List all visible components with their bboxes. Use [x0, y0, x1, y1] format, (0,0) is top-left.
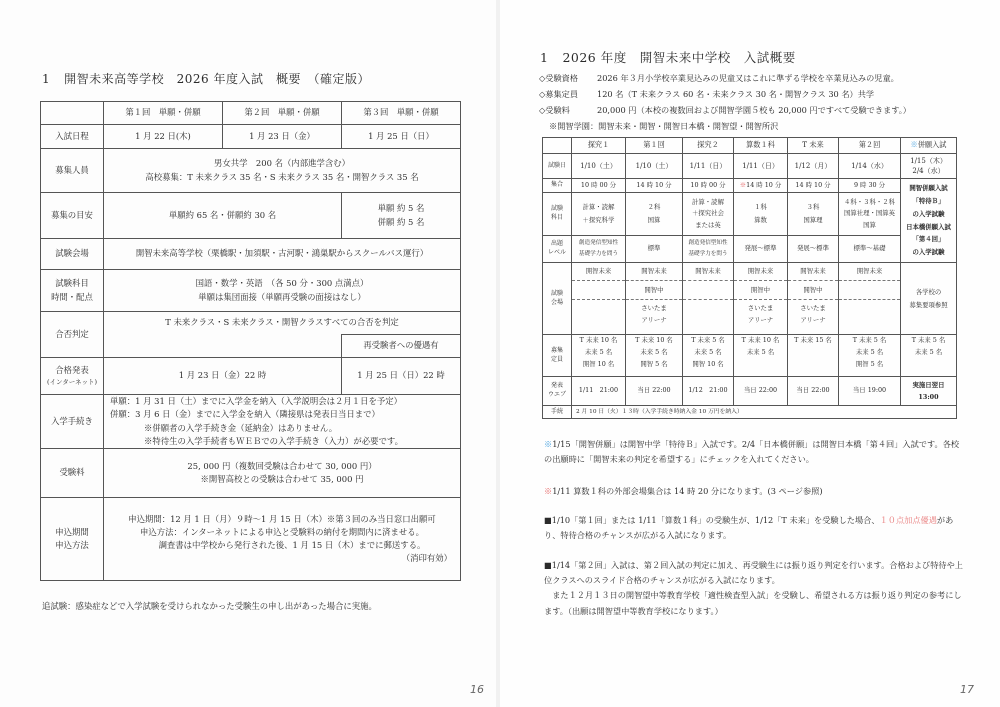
announce-cell: 当日 22:00 — [788, 377, 839, 406]
requirement-value: 2026 年３月小学校卒業見込みの児童又はこれに準ずる学校を卒業見込みの児童。 — [597, 73, 899, 83]
announce-round-3: 1 月 25 日（日）22 時 — [342, 358, 461, 395]
page-number-right: 17 — [960, 683, 974, 696]
table-row-capacity: 募集 定員 T 未来 10 名未来 5 名開智 10 名 T 未来 10 名未来… — [543, 335, 957, 377]
venue-junior: 開智中 — [734, 280, 787, 299]
capacity-value: 男女共学 200 名（内部進学含む） 高校募集：T 未来クラス 35 名・S 未… — [104, 149, 461, 193]
subjects-line: または英 — [684, 220, 732, 232]
capacity-line: 未来 5 名 — [902, 347, 955, 359]
venue-main: 開智未来 — [788, 263, 838, 280]
header-combined: ※併願入試 — [901, 138, 957, 154]
arena-line: アリーナ — [734, 314, 787, 326]
subjects-cell: ２科国算 — [626, 193, 683, 236]
procedure-line: 単願：1 月 31 日（土）までに入学金を納入（入学説明会は２月１日を予定） — [110, 395, 458, 408]
schedule-round-3: 1 月 25 日（日） — [342, 125, 461, 149]
makeup-exam-note: 追試験：感染症などで入学試験を受けられなかった受験生の申し出があった場合に実施。 — [42, 600, 377, 612]
header-round-2: 第２回 — [839, 138, 901, 154]
date-cell: 1/11（日） — [683, 154, 734, 179]
date-cell: 1/14（水） — [839, 154, 901, 179]
header-empty — [543, 138, 572, 154]
fee-value: 25, 000 円（複数回受験は合わせて 30, 000 円） ※開智高校との受… — [104, 449, 461, 498]
row-label: 受験料 — [41, 449, 104, 498]
header-combined-label: 併願入試 — [918, 140, 947, 149]
announce-cell: 当日 22:00 — [626, 377, 683, 406]
venue-junior: 開智中 — [788, 280, 838, 299]
venue-arena: さいたまアリーナ — [626, 299, 682, 333]
table-row-target: 募集の目安 単願約 65 名・併願約 30 名 単願 約 5 名 併願 約 5 … — [41, 193, 461, 239]
capacity-cell: T 未来 5 名未来 5 名 — [901, 335, 957, 377]
subjects-cell: ４科・３科・２科国算社理・国算英国算 — [839, 193, 901, 236]
subjects-line: ＋探究社会 — [684, 208, 732, 220]
date-cell: 1/10（土） — [572, 154, 626, 179]
note-text: また１２月１３日の開智望中等教育学校「適性検査型入試」を受験し、希望される方は振… — [544, 588, 964, 618]
row-label: 手続 — [543, 406, 572, 419]
venue-cell: 開智未来 — [683, 263, 734, 335]
table-row-schedule: 入試日程 1 月 22 日(木) 1 月 23 日（金） 1 月 25 日（日） — [41, 125, 461, 149]
label-line: 合格発表 — [43, 364, 101, 377]
requirement-key: ◇募集定員 — [539, 89, 597, 100]
venue-line: 各学校の — [902, 286, 955, 299]
label-line: 試験 — [544, 205, 570, 214]
table-row-venue: 試験会場 開智未来高等学校（栗橋駅・加須駅・古河駅・鴻巣駅からスクールバス運行） — [41, 239, 461, 270]
row-label: 試験会場 — [41, 239, 104, 270]
capacity-line: 男女共学 200 名（内部進学含む） — [106, 157, 458, 170]
requirement-fee: ◇受験料20,000 円（本校の複数回および開智学園５校も 20,000 円です… — [539, 105, 911, 116]
capacity-cell: T 未来 5 名未来 5 名開智 10 名 — [683, 335, 734, 377]
label-line: 募集 — [544, 347, 570, 356]
label-line: 申込期間 — [43, 526, 101, 539]
row-label: 試験科目 時間・配点 — [41, 270, 104, 312]
note-text: 1/15「開智併願」は開智中学「特待Ｂ」入試です。2/4「日本橋併願」は開智日本… — [544, 439, 959, 464]
table-row-subjects: 試験科目 時間・配点 国語・数学・英語 （各 50 分・300 点満点） 単願は… — [41, 270, 461, 312]
note-combined-exam: ※1/15「開智併願」は開智中学「特待Ｂ」入試です。2/4「日本橋併願」は開智日… — [544, 437, 964, 467]
judgment-round-3-note: 再受験者への優遇有 — [342, 335, 461, 358]
combined-line: 「特待Ｂ」 — [902, 195, 955, 208]
requirement-capacity: ◇募集定員120 名（T 未来クラス 60 名・未来クラス 30 名・開智クラス… — [539, 89, 874, 100]
requirement-key: ◇受験資格 — [539, 73, 597, 84]
level-cell: 創造発信型知性基礎学力を問う — [683, 236, 734, 263]
kaichi-schools-note: ※開智学園：開智未来・開智・開智日本橋・開智望・開智所沢 — [549, 121, 778, 132]
capacity-cell: T 未来 10 名未来 5 名開智 5 名 — [626, 335, 683, 377]
table-row-judgment-a: 合否判定 T 未来クラス・S 未来クラス・開智クラスすべての合否を判定 — [41, 312, 461, 335]
announce-cell: 1/12 21:00 — [683, 377, 734, 406]
label-line: 科目 — [544, 214, 570, 223]
subjects-line: ３科 — [789, 201, 837, 214]
fee-line: ※開智高校との受験は合わせて 35, 000 円 — [106, 473, 458, 486]
capacity-line: 未来 5 名 — [627, 347, 681, 359]
label-line: (インターネット) — [43, 377, 101, 387]
title-number: 1 — [42, 72, 50, 86]
target-line: 単願 約 5 名 — [344, 202, 458, 215]
level-cell: 創造発信型知性基礎学力を問う — [572, 236, 626, 263]
combined-description: 開智併願入試 「特待Ｂ」 の入学試験 日本橋併願入試 「第４回」 の入学試験 — [901, 179, 957, 263]
subjects-line: 計算・読解 — [684, 197, 732, 209]
title-number: 1 — [540, 50, 548, 65]
header-tankyu-1: 探究１ — [572, 138, 626, 154]
application-line: 申込期間：12 月 1 日（月）９時～1 月 15 日（木）※第３回のみ当日窓口… — [106, 513, 458, 526]
fee-line: 25, 000 円（複数回受験は合わせて 30, 000 円） — [106, 460, 458, 473]
gather-cell: ※14 時 10 分 — [734, 179, 788, 193]
header-round-2: 第２回 単願・併願 — [223, 102, 342, 125]
left-page: 1開智未来高等学校 2026 年度入試 概要 （確定版） 第１回 単願・併願 第… — [0, 0, 496, 707]
capacity-line: T 未来 5 名 — [902, 335, 955, 347]
subjects-line: ２科 — [627, 201, 681, 214]
date-line: 2/4（水） — [902, 166, 955, 176]
subjects-value: 国語・数学・英語 （各 50 分・300 点満点） 単願は集団面接（単願再受験の… — [104, 270, 461, 312]
table-row-procedure: 手続 2 月 10 日（火）１３時（入学手続き時納入金 10 万円を納入） — [543, 406, 957, 419]
label-line: レベル — [544, 249, 570, 258]
venue-junior: 開智中 — [626, 280, 682, 299]
right-page-title: 12026 年度 開智未来中学校 入試概要 — [540, 48, 796, 66]
announce-cell: 1/11 21:00 — [572, 377, 626, 406]
label-line: 試験科目 — [43, 277, 101, 290]
venue-main: 開智未来 — [626, 263, 682, 280]
combined-line: の入学試験 — [902, 246, 955, 259]
procedure-line: 併願：3 月 6 日（金）までに入学金を納入（隣接県は発表日当日まで） — [110, 408, 458, 421]
row-label: 募集 定員 — [543, 335, 572, 377]
row-label: 発表 ウエブ — [543, 377, 572, 406]
announce-line: 実施日翌日 — [902, 379, 955, 391]
combined-line: 開智併願入試 — [902, 182, 955, 195]
subjects-line: 国語・数学・英語 （各 50 分・300 点満点） — [106, 277, 458, 290]
announce-cell: 当日 19:00 — [839, 377, 901, 406]
note-text: 1/11 算数１科の外部会場集合は 14 時 20 分になります。(3 ページ参… — [552, 486, 822, 496]
row-label: 募集の目安 — [41, 193, 104, 239]
venue-cell: 開智未来 — [839, 263, 901, 335]
level-line: 基礎学力を問う — [684, 249, 732, 260]
capacity-line: T 未来 5 名 — [684, 335, 732, 347]
label-line: 発表 — [544, 382, 570, 391]
label-line: 定員 — [544, 356, 570, 365]
venue-main: 開智未来 — [572, 263, 625, 280]
blue-mark: ※ — [544, 439, 552, 449]
application-line: 調査書は中学校から発行された後、1 月 15 日（木）までに郵送する。 — [106, 539, 458, 552]
venue-main: 開智未来 — [683, 263, 733, 280]
table-row-announce: 合格発表 (インターネット) 1 月 23 日（金）22 時 1 月 25 日（… — [41, 358, 461, 395]
subjects-line: 算数 — [735, 214, 786, 227]
date-cell: 1/11（日） — [734, 154, 788, 179]
capacity-line: 未来 5 名 — [573, 347, 624, 359]
schedule-round-1: 1 月 22 日(木) — [104, 125, 223, 149]
table-row-subjects: 試験 科目 計算・読解＋探究科学 ２科国算 計算・読解＋探究社会または英 １科算… — [543, 193, 957, 236]
capacity-line: 開智 5 名 — [840, 359, 899, 371]
subjects-line: １科 — [735, 201, 786, 214]
application-postmark-note: （消印有効） — [106, 552, 458, 565]
venue-arena: さいたまアリーナ — [734, 299, 787, 333]
table-row-gather: 集合 10 時 00 分 14 時 10 分 10 時 00 分 ※14 時 1… — [543, 179, 957, 193]
requirement-value: 20,000 円（本校の複数回および開智学園５校も 20,000 円ですべて受験… — [597, 105, 911, 115]
combined-line: 「第４回」 — [902, 233, 955, 246]
row-label: 試験 会場 — [543, 263, 572, 335]
announce-cell: 当日 22:00 — [734, 377, 788, 406]
table-header-row: 探究１ 第１回 探究２ 算数１科 T 未来 第２回 ※併願入試 — [543, 138, 957, 154]
table-row-fee: 受験料 25, 000 円（複数回受験は合わせて 30, 000 円） ※開智高… — [41, 449, 461, 498]
gather-cell: 14 時 10 分 — [626, 179, 683, 193]
target-main: 単願約 65 名・併願約 30 名 — [104, 193, 342, 239]
table-row-announce: 発表 ウエブ 1/11 21:00 当日 22:00 1/12 21:00 当日… — [543, 377, 957, 406]
subjects-cell: 計算・読解＋探究科学 — [572, 193, 626, 236]
junior-high-exam-table: 探究１ 第１回 探究２ 算数１科 T 未来 第２回 ※併願入試 試験日 1/10… — [542, 137, 957, 419]
table-row-level: 出題 レベル 創造発信型知性基礎学力を問う 標準 創造発信型知性基礎学力を問う … — [543, 236, 957, 263]
gather-time: 14 時 10 分 — [746, 181, 781, 189]
subjects-line: 国算社理・国算英 — [840, 208, 899, 220]
row-label: 試験 科目 — [543, 193, 572, 236]
capacity-line: T 未来 10 名 — [573, 335, 624, 347]
left-page-title: 1開智未来高等学校 2026 年度入試 概要 （確定版） — [42, 70, 370, 87]
judgment-value: T 未来クラス・S 未来クラス・開智クラスすべての合否を判定 — [104, 312, 461, 335]
capacity-line: 開智 10 名 — [684, 359, 732, 371]
gather-cell: 10 時 00 分 — [572, 179, 626, 193]
date-cell: 1/10（土） — [626, 154, 683, 179]
note-math-gather: ※1/11 算数１科の外部会場集合は 14 時 20 分になります。(3 ページ… — [544, 484, 964, 499]
level-cell: 発展～標準 — [734, 236, 788, 263]
subjects-line: 国算 — [840, 220, 899, 232]
arena-line: さいたま — [734, 302, 787, 314]
date-line: 1/15（木） — [902, 156, 955, 166]
capacity-cell: T 未来 15 名 — [788, 335, 839, 377]
capacity-line: 未来 5 名 — [735, 347, 786, 359]
capacity-cell: T 未来 10 名未来 5 名開智 10 名 — [572, 335, 626, 377]
label-line: ウエブ — [544, 391, 570, 400]
requirement-eligibility: ◇受験資格2026 年３月小学校卒業見込みの児童又はこれに準ずる学校を卒業見込み… — [539, 73, 899, 84]
label-line: 時間・配点 — [43, 291, 101, 304]
gather-cell: 10 時 00 分 — [683, 179, 734, 193]
combined-line: の入学試験 — [902, 208, 955, 221]
row-label: 入試日程 — [41, 125, 104, 149]
capacity-line: 未来 5 名 — [840, 347, 899, 359]
requirement-key: ◇受験料 — [539, 105, 597, 116]
note-bonus-points: ■1/10「第１回」または 1/11「算数１科」の受験生が、1/12「T 未来」… — [544, 513, 964, 543]
gather-cell: 9 時 30 分 — [839, 179, 901, 193]
header-math-1: 算数１科 — [734, 138, 788, 154]
capacity-line: 開智 10 名 — [573, 359, 624, 371]
subjects-cell: ３科国算理 — [788, 193, 839, 236]
row-label: 合格発表 (インターネット) — [41, 358, 104, 395]
row-label: 出題 レベル — [543, 236, 572, 263]
venue-cell: 開智未来 — [572, 263, 626, 335]
row-label: 申込期間 申込方法 — [41, 498, 104, 581]
subjects-line: 計算・読解 — [573, 201, 624, 214]
table-row-capacity: 募集人員 男女共学 200 名（内部進学含む） 高校募集：T 未来クラス 35 … — [41, 149, 461, 193]
table-row-judgment-b: 再受験者への優遇有 — [41, 335, 461, 358]
venue-main: 開智未来 — [734, 263, 787, 280]
subjects-line: 国算理 — [789, 214, 837, 227]
row-label: 試験日 — [543, 154, 572, 179]
announce-line: 13:00 — [902, 391, 955, 403]
table-header-row: 第１回 単願・併願 第２回 単願・併願 第３回 単願・併願 — [41, 102, 461, 125]
schedule-round-2: 1 月 23 日（金） — [223, 125, 342, 149]
page-number-left: 16 — [470, 683, 484, 696]
level-line: 創造発信型知性 — [684, 238, 732, 249]
header-round-3: 第３回 単願・併願 — [342, 102, 461, 125]
capacity-line: 高校募集：T 未来クラス 35 名・S 未来クラス 35 名・開智クラス 35 … — [106, 171, 458, 184]
capacity-line: T 未来 5 名 — [840, 335, 899, 347]
capacity-line: T 未来 15 名 — [789, 335, 837, 347]
capacity-cell: T 未来 5 名未来 5 名開智 5 名 — [839, 335, 901, 377]
arena-line: さいたま — [788, 302, 838, 314]
venue-cell: 開智未来 開智中 さいたまアリーナ — [626, 263, 683, 335]
row-label: 合否判定 — [41, 312, 104, 358]
highlight-text: １０点加点優遇 — [880, 515, 937, 525]
label-line: 出題 — [544, 240, 570, 249]
title-text: 2026 年度 開智未来中学校 入試概要 — [562, 50, 795, 65]
subjects-line: 国算 — [627, 214, 681, 227]
level-cell: 標準 — [626, 236, 683, 263]
row-label: 入学手続き — [41, 395, 104, 449]
header-tankyu-2: 探究２ — [683, 138, 734, 154]
arena-line: アリーナ — [626, 314, 682, 326]
level-line: 創造発信型知性 — [573, 238, 624, 249]
table-row-procedure: 入学手続き 単願：1 月 31 日（土）までに入学金を納入（入学説明会は２月１日… — [41, 395, 461, 449]
venue-cell: 開智未来 開智中 さいたまアリーナ — [734, 263, 788, 335]
target-round-3: 単願 約 5 名 併願 約 5 名 — [342, 193, 461, 239]
note-text: ■1/10「第１回」または 1/11「算数１科」の受験生が、1/12「T 未来」… — [544, 515, 880, 525]
label-line: 申込方法 — [43, 539, 101, 552]
subjects-line: ４科・３科・２科 — [840, 197, 899, 209]
row-label: 募集人員 — [41, 149, 104, 193]
procedure-line: ※特待生の入学手続者もＷＥＢでの入学手続き（入力）が必要です。 — [110, 435, 458, 448]
date-cell: 1/12（月） — [788, 154, 839, 179]
label-line: 試験 — [544, 290, 570, 299]
capacity-line: T 未来 10 名 — [627, 335, 681, 347]
venue-arena: さいたまアリーナ — [788, 299, 838, 333]
table-row-date: 試験日 1/10（土） 1/10（土） 1/11（日） 1/11（日） 1/12… — [543, 154, 957, 179]
venue-line: 募集要項参照 — [902, 299, 955, 312]
row-label: 集合 — [543, 179, 572, 193]
announce-cell-combined: 実施日翌日 13:00 — [901, 377, 957, 406]
note-text: ■1/14「第２回」入試は、第２回入試の判定に加え、再受験生には振り返り判定を行… — [544, 558, 964, 588]
header-t-mirai: T 未来 — [788, 138, 839, 154]
procedure-value: 2 月 10 日（火）１３時（入学手続き時納入金 10 万円を納入） — [572, 406, 957, 419]
table-row-application: 申込期間 申込方法 申込期間：12 月 1 日（月）９時～1 月 15 日（木）… — [41, 498, 461, 581]
table-row-venue: 試験 会場 開智未来 開智未来 開智中 さいたまアリーナ 開智未来 開智未来 開… — [543, 263, 957, 335]
note-second-round: ■1/14「第２回」入試は、第２回入試の判定に加え、再受験生には振り返り判定を行… — [544, 558, 964, 619]
header-empty — [41, 102, 104, 125]
application-line: 申込方法：インターネットによる申込と受験料の納付を期間内に済ませる。 — [106, 526, 458, 539]
requirement-value: 120 名（T 未来クラス 60 名・未来クラス 30 名・開智クラス 30 名… — [597, 89, 874, 99]
procedure-line: ※併願者の入学手続き金（延納金）はありません。 — [110, 422, 458, 435]
header-round-1: 第１回 — [626, 138, 683, 154]
high-school-exam-table: 第１回 単願・併願 第２回 単願・併願 第３回 単願・併願 入試日程 1 月 2… — [40, 101, 461, 581]
combined-line: 日本橋併願入試 — [902, 221, 955, 234]
procedure-value: 単願：1 月 31 日（土）までに入学金を納入（入学説明会は２月１日を予定） 併… — [104, 395, 461, 449]
judgment-empty — [104, 335, 342, 358]
target-line: 併願 約 5 名 — [344, 216, 458, 229]
application-value: 申込期間：12 月 1 日（月）９時～1 月 15 日（木）※第３回のみ当日窓口… — [104, 498, 461, 581]
header-round-1: 第１回 単願・併願 — [104, 102, 223, 125]
red-mark: ※ — [544, 486, 552, 496]
subjects-cell: 計算・読解＋探究社会または英 — [683, 193, 734, 236]
subjects-line: 単願は集団面接（単願再受験の面接はなし） — [106, 291, 458, 304]
gather-cell: 14 時 10 分 — [788, 179, 839, 193]
capacity-line: 未来 5 名 — [684, 347, 732, 359]
title-text: 開智未来高等学校 2026 年度入試 概要 （確定版） — [64, 72, 370, 86]
venue-value: 開智未来高等学校（栗橋駅・加須駅・古河駅・鴻巣駅からスクールバス運行） — [104, 239, 461, 270]
announce-round-1-2: 1 月 23 日（金）22 時 — [104, 358, 342, 395]
venue-cell-combined: 各学校の 募集要項参照 — [901, 263, 957, 335]
blue-mark: ※ — [911, 140, 918, 149]
subjects-cell: １科算数 — [734, 193, 788, 236]
capacity-line: 開智 5 名 — [627, 359, 681, 371]
arena-line: アリーナ — [788, 314, 838, 326]
level-line: 基礎学力を問う — [573, 249, 624, 260]
capacity-cell: T 未来 10 名未来 5 名 — [734, 335, 788, 377]
capacity-line: T 未来 10 名 — [735, 335, 786, 347]
date-cell-combined: 1/15（木） 2/4（水） — [901, 154, 957, 179]
level-cell: 発展～標準 — [788, 236, 839, 263]
subjects-line: ＋探究科学 — [573, 214, 624, 227]
level-cell: 標準～基礎 — [839, 236, 901, 263]
venue-cell: 開智未来 開智中 さいたまアリーナ — [788, 263, 839, 335]
label-line: 会場 — [544, 299, 570, 308]
arena-line: さいたま — [626, 302, 682, 314]
venue-main: 開智未来 — [839, 263, 900, 280]
